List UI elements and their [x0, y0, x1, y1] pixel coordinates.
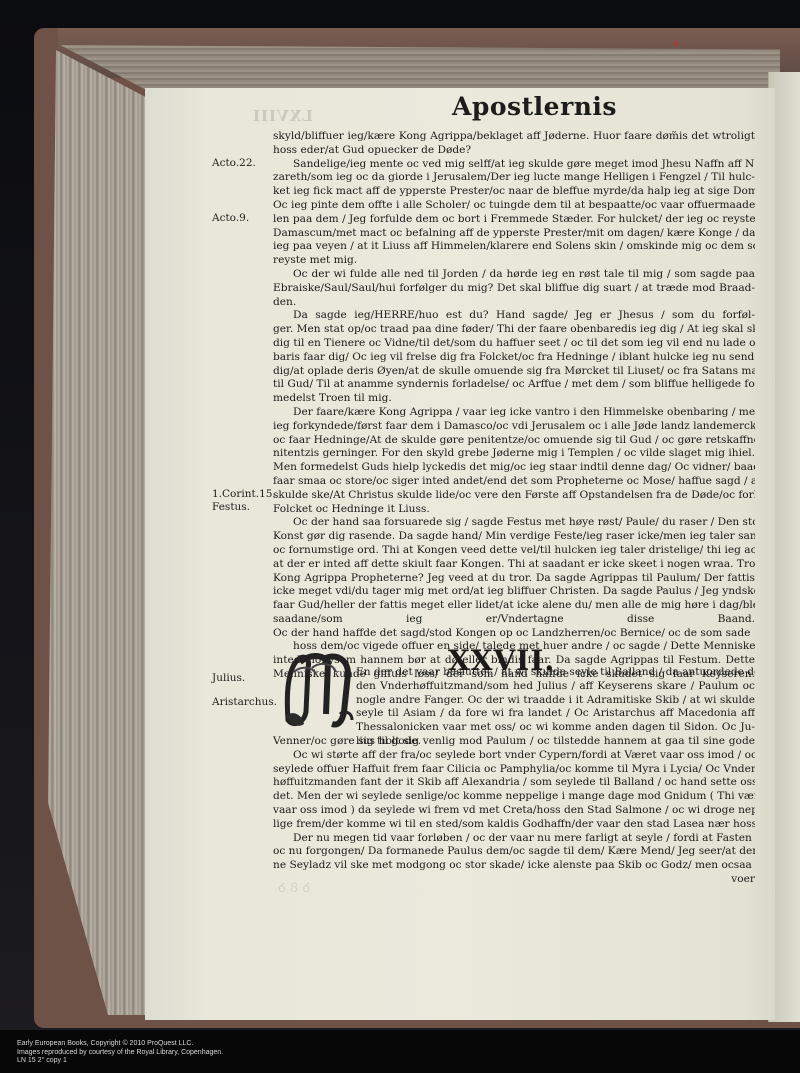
text-line: ieg forkyndede/først faar dem i Damasco/… — [273, 420, 755, 434]
running-head: Apostlernis — [452, 92, 617, 121]
text-line: skulde ske/At Christus skulde lide/oc ve… — [273, 489, 755, 503]
text-line: den. — [273, 296, 755, 310]
margin-note: Aristarchus. — [212, 696, 277, 708]
text-line: dig/at oplade deris Øyen/at de skulle om… — [273, 365, 755, 379]
text-line: lige frem/der komme wi til en sted/som k… — [273, 818, 755, 832]
main-text-block: skyld/bliffuer ieg/kære Kong Agrippa/bek… — [273, 130, 755, 682]
text-line: Oc wi størte aff der fra/oc seylede bort… — [273, 749, 755, 763]
text-line: medelst Troen til mig. — [273, 392, 755, 406]
text-line: Konst gør dig rasende. Da sagde hand/ Mi… — [273, 530, 755, 544]
text-line: Oc der wi fulde alle ned til Jorden / da… — [273, 268, 755, 282]
text-line: Folcket oc Hedninge it Liuss. — [273, 503, 755, 517]
text-line: Der faare/kære Kong Agrippa / vaar ieg i… — [273, 406, 755, 420]
text-line: Der nu megen tid vaar forløben / oc der … — [273, 832, 755, 846]
cover-stain — [673, 41, 679, 46]
text-line: ger. Men stat op/oc traad paa dine føder… — [273, 323, 755, 337]
text-line: til Gud/ Til at anamme syndernis forlade… — [273, 378, 755, 392]
text-line: reyste met mig. — [273, 254, 755, 268]
text-line: Oc ieg pinte dem offte i alle Scholer/ o… — [273, 199, 755, 213]
text-line: ket ieg fick mact aff de ypperste Preste… — [273, 185, 755, 199]
margin-note: 1.Corint.15. — [212, 488, 276, 500]
text-line: nogle andre Fanger. Oc der wi traadde i … — [356, 694, 755, 708]
text-line: oc fornumstige ord. Thi at Kongen veed d… — [273, 544, 755, 558]
text-line: hoss eder/at Gud opuecker de Døde? — [273, 144, 755, 158]
text-line: seylede offuer Haffuit frem faar Cilicia… — [273, 763, 755, 777]
text-line: Damascum/met mact oc befalning aff de yp… — [273, 227, 755, 241]
text-line: den Vnderhøffuitzmand/som hed Julius / a… — [356, 680, 755, 694]
text-line: icke meget vdi/du tager mig met ord/at i… — [273, 585, 755, 599]
text-line: dig til en Tienere oc Vidne/til det/som … — [273, 337, 755, 351]
text-line: voer — [273, 873, 755, 887]
text-line: seyle til Asiam / da fore wi fra landet … — [356, 707, 755, 721]
margin-note: Acto.9. — [212, 212, 249, 224]
text-line: ne Seyladz vil ske met modgong oc stor s… — [273, 859, 755, 873]
footer-courtesy: Images reproduced by courtesy of the Roy… — [17, 1049, 223, 1058]
text-line: Men formedelst Guds hielp lyckedis det m… — [273, 461, 755, 475]
text-line: len paa dem / Jeg forfulde dem oc bort i… — [273, 213, 755, 227]
text-line: vaar oss imod ) da seylede wi frem vd me… — [273, 804, 755, 818]
text-line: Thessalonicken vaar met oss/ oc wi komme… — [356, 721, 755, 735]
text-line: zareth/som ieg oc da giorde i Jerusalem/… — [273, 171, 755, 185]
text-line: baris faar dig/ Oc ieg vil frelse dig fr… — [273, 351, 755, 365]
text-line: saadane/som ieg er/Vndertagne disse Baan… — [273, 613, 755, 627]
margin-note: Acto.22. — [212, 157, 256, 169]
text-line: oc nu forgongen/ Da formanede Paulus dem… — [273, 845, 755, 859]
text-line: Sandelige/ieg mente oc ved mig selff/at … — [273, 158, 755, 172]
text-line: ieg paa veyen / at it Liuss aff Himmelen… — [273, 240, 755, 254]
text-line: Oc der hand haffde det sagd/stod Kongen … — [273, 627, 755, 641]
text-line: En der det vaar besluttet / at wi skulde… — [356, 666, 755, 680]
text-line: faar smaa oc store/oc siger inted andet/… — [273, 475, 755, 489]
text-line: høffuitzmanden fant der it Skib aff Alex… — [273, 776, 755, 790]
page-block-top-edge — [60, 45, 780, 90]
decorated-initial-m-icon — [282, 652, 354, 728]
text-line: Ebraiske/Saul/Saul/hui forfølger du mig?… — [273, 282, 755, 296]
margin-note: Julius. — [212, 672, 245, 684]
text-line: nitentzis gerninger. For den skyld grebe… — [273, 447, 755, 461]
footer-shelfmark: LN 15 2° copy 1 — [17, 1057, 223, 1066]
footer-copyright: Early European Books, Copyright © 2010 P… — [17, 1040, 223, 1049]
text-line: at der er inted aff dette skiult faar Ko… — [273, 558, 755, 572]
text-line: det. Men der wi seylede senlige/oc komme… — [273, 790, 755, 804]
text-line: oc faar Hedninge/At de skulde gøre penit… — [273, 434, 755, 448]
margin-note: Festus. — [212, 501, 250, 513]
text-line: faar Gud/heller der fattis meget eller l… — [273, 599, 755, 613]
text-line: Venner/oc gøre sig til gode. — [273, 735, 755, 749]
text-line: Oc der hand saa forsuarede sig / sagde F… — [273, 516, 755, 530]
bleed-through-folio: LXVIII — [252, 107, 313, 125]
copyright-footer: Early European Books, Copyright © 2010 P… — [17, 1040, 223, 1066]
text-line: Kong Agrippa Propheterne? Jeg veed at du… — [273, 572, 755, 586]
text-line: Da sagde ieg/HERRE/huo est du? Hand sagd… — [273, 309, 755, 323]
text-line: skyld/bliffuer ieg/kære Kong Agrippa/bek… — [273, 130, 755, 144]
chapter-continuation-text: Venner/oc gøre sig til gode.Oc wi størte… — [273, 735, 755, 887]
